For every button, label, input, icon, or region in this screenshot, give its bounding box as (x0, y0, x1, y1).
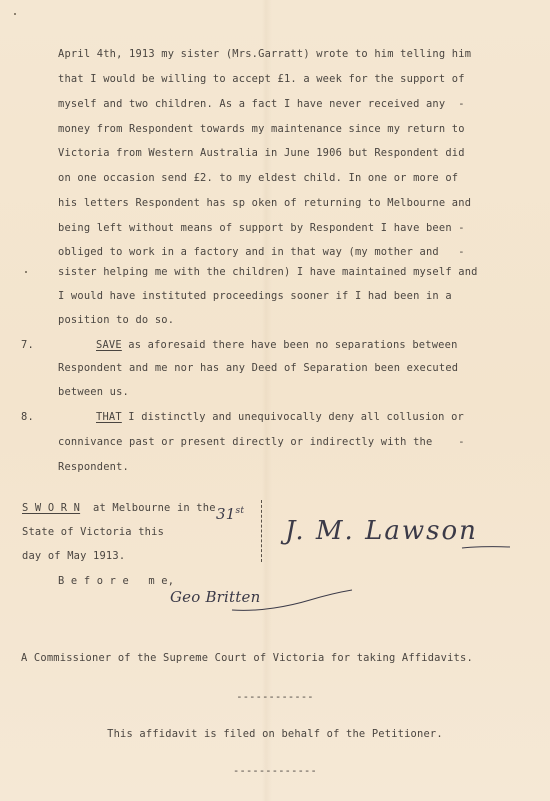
commissioner-title: A Commissioner of the Supreme Court of V… (21, 652, 473, 664)
signature-flourish (0, 0, 550, 801)
filing-note: This affidavit is filed on behalf of the… (0, 728, 550, 740)
separator-bottom: ------------- (0, 765, 550, 777)
affidavit-page: April 4th, 1913 my sister (Mrs.Garratt) … (0, 0, 550, 801)
separator-top: ------------ (0, 691, 550, 703)
